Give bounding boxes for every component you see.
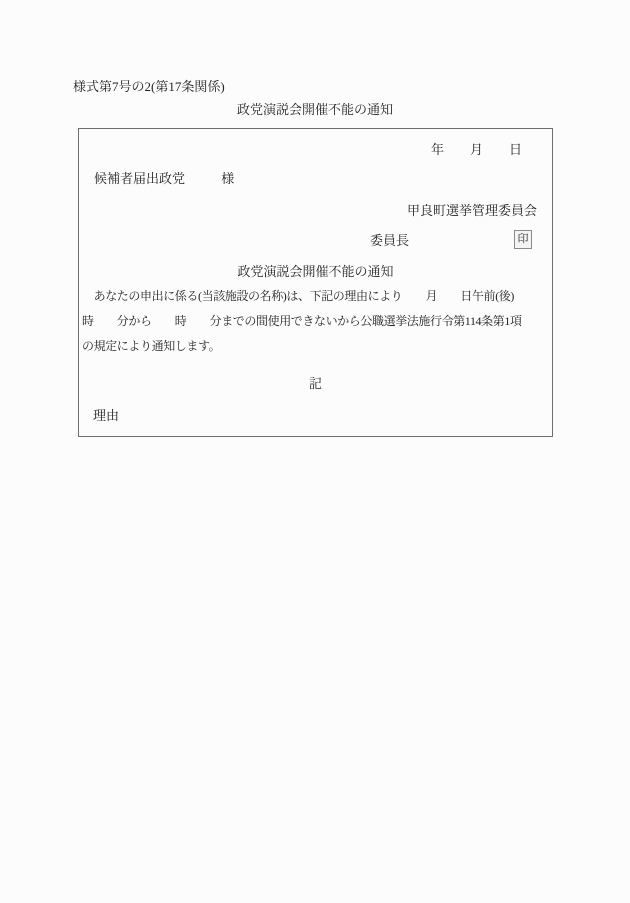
addressee-honorific: 様 [221, 170, 234, 187]
addressee-line: 候補者届出政党 様 [94, 170, 234, 187]
notice-subject: 政党演説会開催不能の通知 [79, 263, 552, 280]
notice-body: あなたの申出に係る(当該施設の名称)は、下記の理由により 月 日午前(後) 時 … [82, 284, 549, 359]
document-title: 政党演説会開催不能の通知 [0, 101, 630, 118]
body-line-3: の規定により通知します。 [82, 334, 549, 359]
notice-box: 年 月 日 候補者届出政党 様 甲良町選挙管理委員会 委員長 印 政党演説会開催… [78, 128, 553, 437]
body-line-1: あなたの申出に係る(当該施設の名称)は、下記の理由により 月 日午前(後) [82, 284, 549, 309]
form-number: 様式第7号の2(第17条関係) [73, 78, 225, 95]
seal-mark: 印 [514, 230, 532, 249]
document-page: 様式第7号の2(第17条関係) 政党演説会開催不能の通知 年 月 日 候補者届出… [0, 0, 630, 903]
record-heading: 記 [79, 375, 552, 392]
chairman-title: 委員長 [370, 232, 409, 249]
reason-label: 理由 [93, 407, 119, 424]
chairman-line: 委員長 印 [79, 232, 552, 254]
body-line-2: 時 分から 時 分までの間使用できないから公職選挙法施行令第114条第1項 [82, 309, 549, 334]
issuer-organization: 甲良町選挙管理委員会 [79, 202, 552, 219]
addressee-label: 候補者届出政党 [94, 171, 185, 186]
date-line: 年 月 日 [79, 141, 552, 158]
